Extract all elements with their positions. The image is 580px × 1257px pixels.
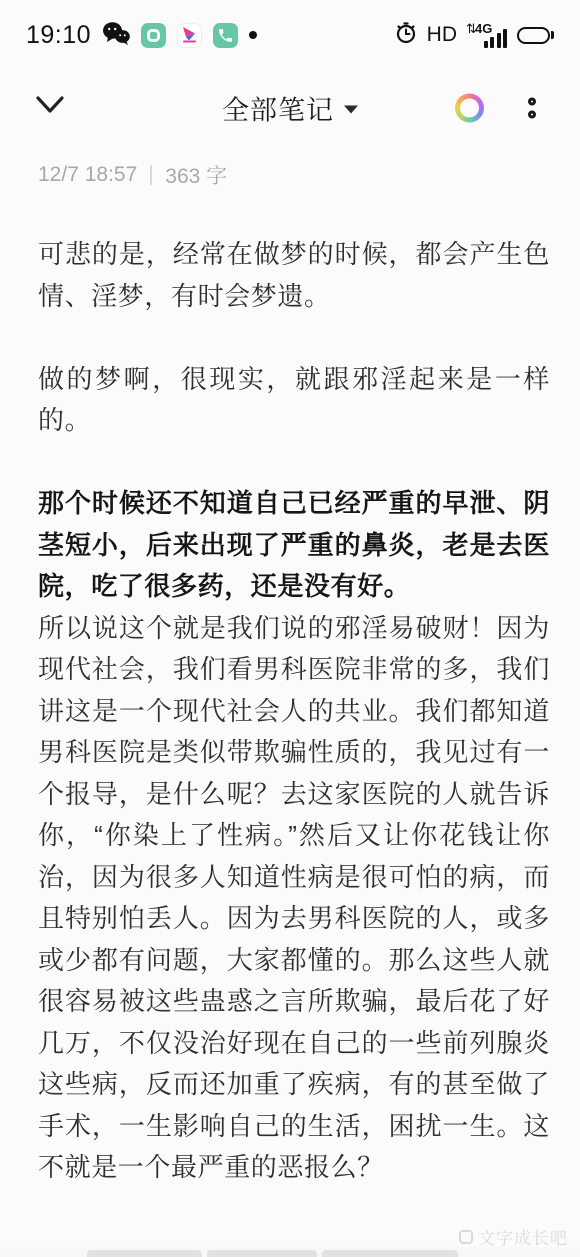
phone-icon (213, 23, 238, 48)
status-bar: 19:10 (0, 0, 580, 70)
signal-4g-bars-icon: ⇅ 4G (466, 22, 508, 49)
note-date: 12/7 18:57 (38, 163, 137, 187)
app-pink-icon (177, 23, 202, 48)
notes-dropdown[interactable]: 全部笔记 (222, 89, 358, 128)
menu-dot-icon (528, 98, 536, 106)
watermark: 文字成长吧 (459, 1224, 568, 1249)
alarm-clock-icon (394, 21, 418, 50)
status-time: 19:10 (26, 21, 91, 50)
chevron-down-icon (344, 106, 358, 114)
note-paragraph: 可悲的是，经常在做梦的时候，都会产生色情、淫梦，有时会梦遗。 (38, 234, 550, 317)
wechat-icon (102, 21, 130, 50)
note-paragraph: 做的梦啊，很现实，就跟邪淫起来是一样的。 (38, 359, 550, 442)
keyboard-key[interactable] (207, 1250, 317, 1257)
battery-icon (517, 27, 550, 44)
menu-dot-icon (528, 111, 536, 119)
note-paragraph: 那个时候还不知道自己已经严重的早泄、阴茎短小，后来出现了严重的鼻炎，老是去医院，… (38, 483, 550, 608)
hd-badge: HD (427, 23, 457, 47)
watermark-text: 文字成长吧 (478, 1224, 568, 1249)
rainbow-ring-button[interactable] (455, 94, 484, 123)
note-word-count: 363 字 (165, 160, 227, 190)
collapse-chevron-icon[interactable] (34, 94, 66, 118)
keyboard-edge (0, 1247, 580, 1257)
page-title: 全部笔记 (222, 89, 334, 128)
notification-dot (249, 31, 257, 39)
phone-screen: 19:10 (0, 0, 580, 1257)
watermark-icon (459, 1230, 473, 1244)
note-meta: 12/7 18:57 363 字 (38, 160, 227, 190)
note-paragraph: 所以说这个就是我们说的邪淫易破财！因为现代社会，我们看男科医院非常的多，我们讲这… (38, 608, 550, 1189)
note-body[interactable]: 可悲的是，经常在做梦的时候，都会产生色情、淫梦，有时会梦遗。做的梦啊，很现实，就… (38, 234, 550, 1189)
app-green-icon (141, 23, 166, 48)
keyboard-key[interactable] (87, 1250, 202, 1257)
keyboard-key[interactable] (322, 1250, 458, 1257)
more-menu-button[interactable] (524, 94, 540, 123)
meta-divider (150, 165, 152, 185)
note-header: 全部笔记 (0, 70, 580, 146)
signal-bars-icon (484, 29, 508, 48)
